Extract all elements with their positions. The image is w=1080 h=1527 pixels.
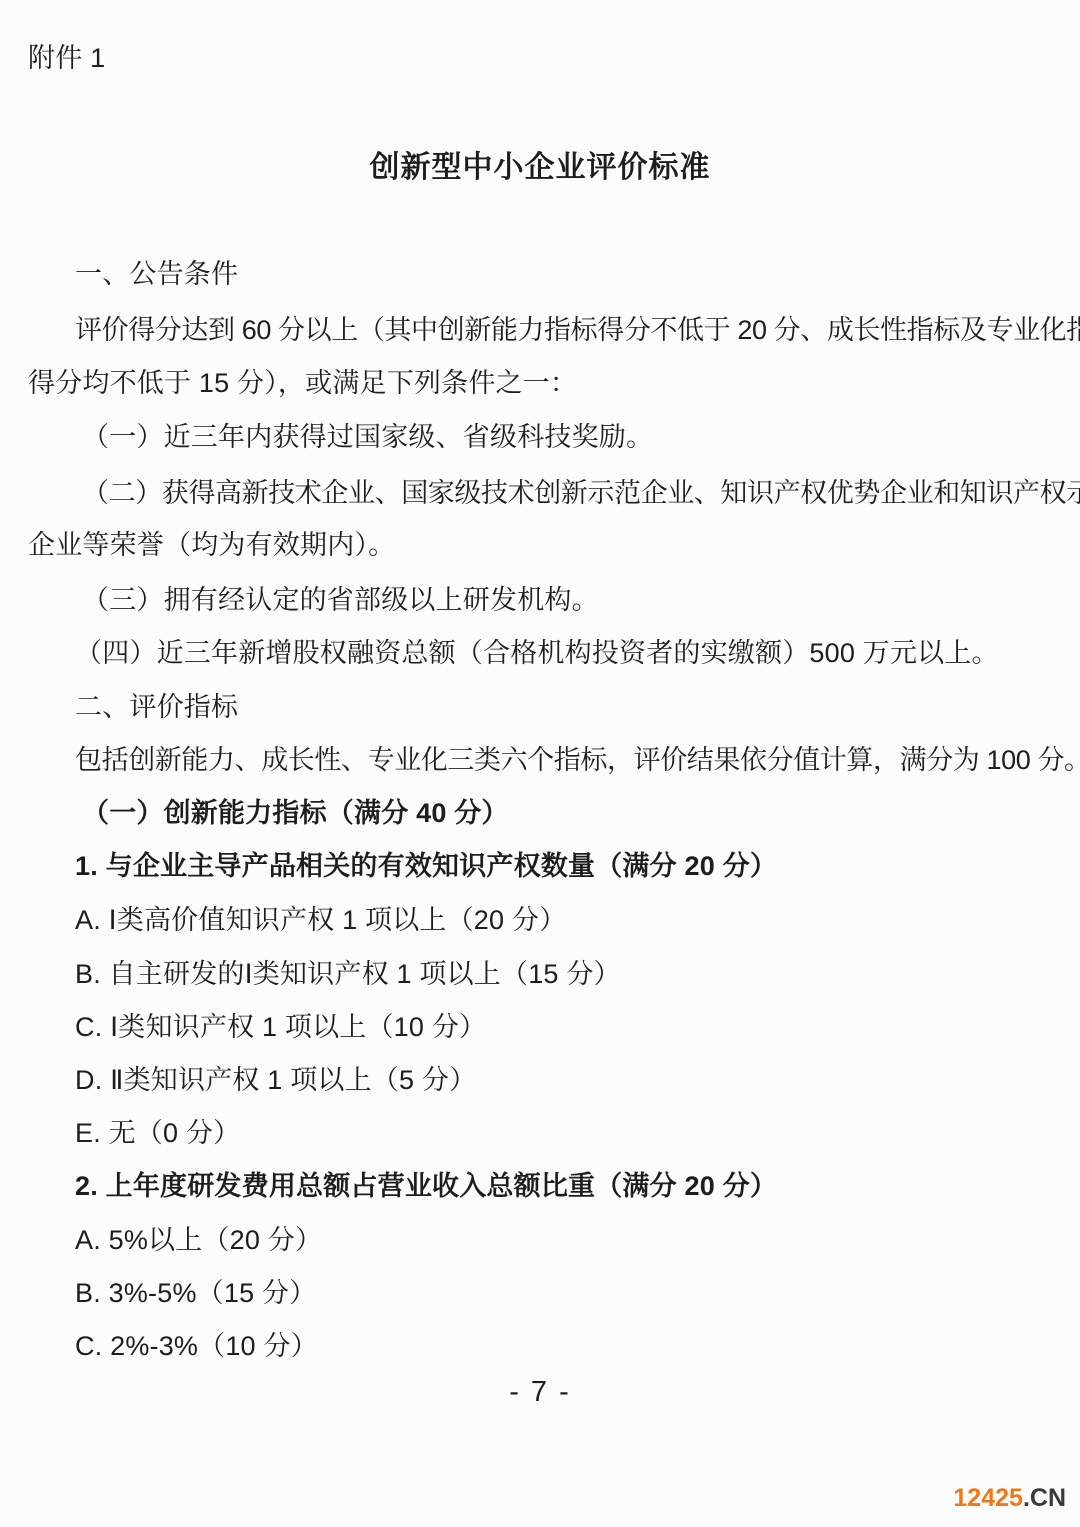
watermark-domain-suffix: .CN — [1023, 1484, 1066, 1512]
indicator2-option-b: B. 3%-5%（15 分） — [28, 1277, 1052, 1309]
indicator1-option-e: E. 无（0 分） — [28, 1117, 1052, 1149]
indicator1-option-b: B. 自主研发的Ⅰ类知识产权 1 项以上（15 分） — [28, 958, 1052, 990]
indicator1-heading: 1. 与企业主导产品相关的有效知识产权数量（满分 20 分） — [28, 850, 1052, 882]
document-page: 附件 1 创新型中小企业评价标准 一、公告条件 评价得分达到 60 分以上（其中… — [0, 0, 1080, 1527]
section2-intro: 包括创新能力、成长性、专业化三类六个指标，评价结果依分值计算，满分为 100 分… — [28, 744, 1052, 776]
section1-heading: 一、公告条件 — [28, 258, 1052, 290]
section1-paragraph-line1: 评价得分达到 60 分以上（其中创新能力指标得分不低于 20 分、成长性指标及专… — [28, 314, 1052, 346]
page-number: - 7 - — [28, 1376, 1052, 1408]
indicator2-heading: 2. 上年度研发费用总额占营业收入总额比重（满分 20 分） — [28, 1170, 1052, 1202]
section2-heading: 二、评价指标 — [28, 691, 1052, 723]
page-title: 创新型中小企业评价标准 — [28, 152, 1052, 184]
section1-item2-line2: 企业等荣誉（均为有效期内）。 — [28, 529, 1052, 561]
section1-item2-line1: （二）获得高新技术企业、国家级技术创新示范企业、知识产权优势企业和知识产权示范 — [28, 477, 1052, 509]
site-watermark: 12425.CN — [953, 1484, 1066, 1513]
indicator1-option-c: C. Ⅰ类知识产权 1 项以上（10 分） — [28, 1011, 1052, 1043]
section2-sub1-heading: （一）创新能力指标（满分 40 分） — [28, 797, 1052, 829]
indicator1-option-d: D. Ⅱ类知识产权 1 项以上（5 分） — [28, 1064, 1052, 1096]
indicator2-option-a: A. 5%以上（20 分） — [28, 1224, 1052, 1256]
indicator1-option-a: A. Ⅰ类高价值知识产权 1 项以上（20 分） — [28, 904, 1052, 936]
attachment-label: 附件 1 — [28, 42, 1052, 74]
section1-item4: （四）近三年新增股权融资总额（合格机构投资者的实缴额）500 万元以上。 — [28, 637, 1052, 669]
section1-item1: （一）近三年内获得过国家级、省级科技奖励。 — [28, 421, 1052, 453]
section1-paragraph-line2: 得分均不低于 15 分），或满足下列条件之一： — [28, 367, 1052, 399]
watermark-number: 12425 — [953, 1484, 1023, 1512]
indicator2-option-c: C. 2%-3%（10 分） — [28, 1330, 1052, 1362]
section1-item3: （三）拥有经认定的省部级以上研发机构。 — [28, 584, 1052, 616]
